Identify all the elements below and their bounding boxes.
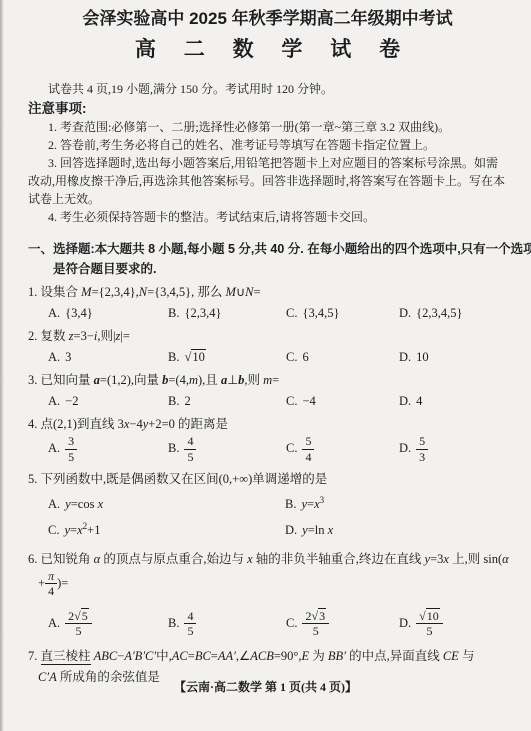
notice-line-2: 2. 答卷前,考生务必将自己的姓名、准考证号等填写在答题卡指定位置上。: [28, 136, 507, 154]
section-heading-line2: 是符合题目要求的.: [28, 259, 507, 279]
option: B.{2,3,4}: [168, 303, 286, 324]
option: D.53: [399, 435, 507, 463]
option-label: A.: [48, 350, 60, 364]
option-label: A.: [48, 497, 60, 511]
option-label: A.: [48, 616, 60, 630]
option: D.√105: [399, 610, 507, 638]
option: B.2: [168, 391, 286, 412]
notice-line-3: 3. 回答选择题时,选出每小题答案后,用铅笔把答题卡上对应题目的答案标号涂黑。如…: [28, 154, 507, 172]
option-content: {2,3,4}: [184, 306, 221, 320]
option-content: 10: [416, 350, 429, 364]
option-label: A.: [48, 306, 60, 320]
option: B.y=x3: [285, 490, 507, 515]
option-content: 2: [184, 394, 190, 408]
option-label: D.: [399, 306, 411, 320]
option: D.y=ln x: [285, 520, 507, 541]
option: A.−2: [48, 391, 168, 412]
notice-line-1: 1. 考查范围:必修第一、二册;选择性必修第一册(第一章~第三章 3.2 双曲线…: [28, 118, 507, 136]
option-label: B.: [285, 497, 296, 511]
option-content: 4: [416, 394, 422, 408]
option: A.2√55: [48, 610, 168, 638]
option-label: C.: [286, 306, 297, 320]
option: A.{3,4}: [48, 303, 168, 324]
option-label: D.: [399, 350, 411, 364]
option-content: {2,3,4,5}: [416, 306, 462, 320]
option-content: 2√35: [302, 616, 329, 630]
option-label: B.: [168, 394, 179, 408]
option-content: 35: [65, 441, 77, 455]
question-5-stem: 5. 下列函数中,既是偶函数又在区间(0,+∞)单调递增的是: [28, 469, 507, 490]
option-label: A.: [48, 394, 60, 408]
option-content: √10: [184, 349, 205, 364]
option-label: C.: [286, 441, 297, 455]
option-content: y=ln x: [302, 523, 333, 537]
question-2-stem: 2. 复数 z=3−i,则|z|=: [28, 326, 507, 347]
question-6-options: A.2√55B.45C.2√35D.√105: [28, 610, 507, 638]
option-content: {3,4,5}: [302, 306, 339, 320]
option-label: C.: [286, 394, 297, 408]
notice-line-4: 4. 考生必须保持答题卡的整洁。考试结束后,请将答题卡交回。: [28, 208, 507, 226]
option-label: B.: [168, 441, 179, 455]
exam-info: 试卷共 4 页,19 小题,满分 150 分。考试用时 120 分钟。: [28, 81, 507, 98]
paper-title: 高 二 数 学 试 卷: [28, 36, 507, 64]
option: C.2√35: [286, 610, 399, 638]
option-label: D.: [399, 441, 411, 455]
notice-line-3-cont: 改动,用橡皮擦干净后,再选涂其他答案标号。回答非选择题时,将答案写在答题卡上。写…: [28, 172, 507, 190]
option: C.6: [286, 347, 399, 368]
header-school-line: 会泽实验高中 2025 年秋季学期高二年级期中考试: [28, 8, 507, 30]
section-heading-line1: 一、选择题:本大题共 8 小题,每小题 5 分,共 40 分. 在每小题给出的四…: [28, 239, 507, 259]
option-content: y=cos x: [65, 497, 103, 511]
option: D.10: [399, 347, 507, 368]
option-content: {3,4}: [65, 306, 93, 320]
option-label: C.: [48, 523, 59, 537]
option-content: y=x2+1: [64, 523, 100, 537]
question-2: 2. 复数 z=3−i,则|z|= A.3B.√10C.6D.10: [28, 326, 507, 368]
option-content: 2√55: [65, 616, 92, 630]
notices-heading: 注意事项:: [28, 100, 507, 118]
option: C.{3,4,5}: [286, 303, 399, 324]
option: B.√10: [168, 347, 286, 368]
option: C.54: [286, 435, 399, 463]
option-content: 3: [65, 350, 71, 364]
question-4-stem: 4. 点(2,1)到直线 3x−4y+2=0 的距离是: [28, 414, 507, 435]
question-1-options: A.{3,4}B.{2,3,4}C.{3,4,5}D.{2,3,4,5}: [28, 303, 507, 324]
question-1-stem: 1. 设集合 M={2,3,4},N={3,4,5}, 那么 M∪N=: [28, 282, 507, 303]
question-3-options: A.−2B.2C.−4D.4: [28, 391, 507, 412]
option: D.{2,3,4,5}: [399, 303, 507, 324]
question-6-stem-continuation: +π4)=: [28, 570, 507, 598]
exam-page: 会泽实验高中 2025 年秋季学期高二年级期中考试 高 二 数 学 试 卷 试卷…: [0, 0, 531, 731]
question-7-stem: 7. 直三棱柱 ABC−A′B′C′中,AC=BC=AA′,∠ACB=90°,E…: [28, 646, 507, 667]
option-content: −2: [65, 394, 78, 408]
option: A.3: [48, 347, 168, 368]
question-5-options: A.y=cos xB.y=x3C.y=x2+1D.y=ln x: [28, 490, 507, 540]
option-content: 53: [416, 441, 428, 455]
question-6: 6. 已知锐角 α 的顶点与原点重合,始边与 x 轴的非负半轴重合,终边在直线 …: [28, 549, 507, 638]
option-label: B.: [168, 616, 179, 630]
option: A.y=cos x: [48, 494, 285, 515]
question-6-stem: 6. 已知锐角 α 的顶点与原点重合,始边与 x 轴的非负半轴重合,终边在直线 …: [28, 549, 507, 570]
notice-line-3-cont2: 试卷上无效。: [28, 190, 507, 208]
option-label: B.: [168, 350, 179, 364]
option: D.4: [399, 391, 507, 412]
option: B.45: [168, 435, 286, 463]
question-1: 1. 设集合 M={2,3,4},N={3,4,5}, 那么 M∪N= A.{3…: [28, 282, 507, 324]
option-content: 54: [302, 441, 314, 455]
option-label: C.: [286, 616, 297, 630]
option: C.y=x2+1: [48, 515, 285, 540]
option-label: D.: [399, 394, 411, 408]
question-3-stem: 3. 已知向量 a=(1,2),向量 b=(4,m),且 a⊥b,则 m=: [28, 370, 507, 391]
footer-page-info: 【云南·高二数学 第 1 页(共 4 页)】: [0, 678, 531, 695]
option: B.45: [168, 610, 286, 638]
option-label: B.: [168, 306, 179, 320]
option-content: y=x3: [301, 497, 324, 511]
option-content: 6: [302, 350, 308, 364]
option-content: −4: [302, 394, 315, 408]
option-label: D.: [399, 616, 411, 630]
page-edge-shadow: [0, 0, 4, 731]
option-label: D.: [285, 523, 297, 537]
option-content: √105: [416, 616, 443, 630]
question-4-options: A.35B.45C.54D.53: [28, 435, 507, 463]
option: C.−4: [286, 391, 399, 412]
question-2-options: A.3B.√10C.6D.10: [28, 347, 507, 368]
option: A.35: [48, 435, 168, 463]
option-content: 45: [184, 616, 196, 630]
option-content: 45: [184, 441, 196, 455]
question-4: 4. 点(2,1)到直线 3x−4y+2=0 的距离是 A.35B.45C.54…: [28, 414, 507, 463]
question-3: 3. 已知向量 a=(1,2),向量 b=(4,m),且 a⊥b,则 m= A.…: [28, 370, 507, 412]
option-label: A.: [48, 441, 60, 455]
option-label: C.: [286, 350, 297, 364]
question-5: 5. 下列函数中,既是偶函数又在区间(0,+∞)单调递增的是 A.y=cos x…: [28, 469, 507, 540]
